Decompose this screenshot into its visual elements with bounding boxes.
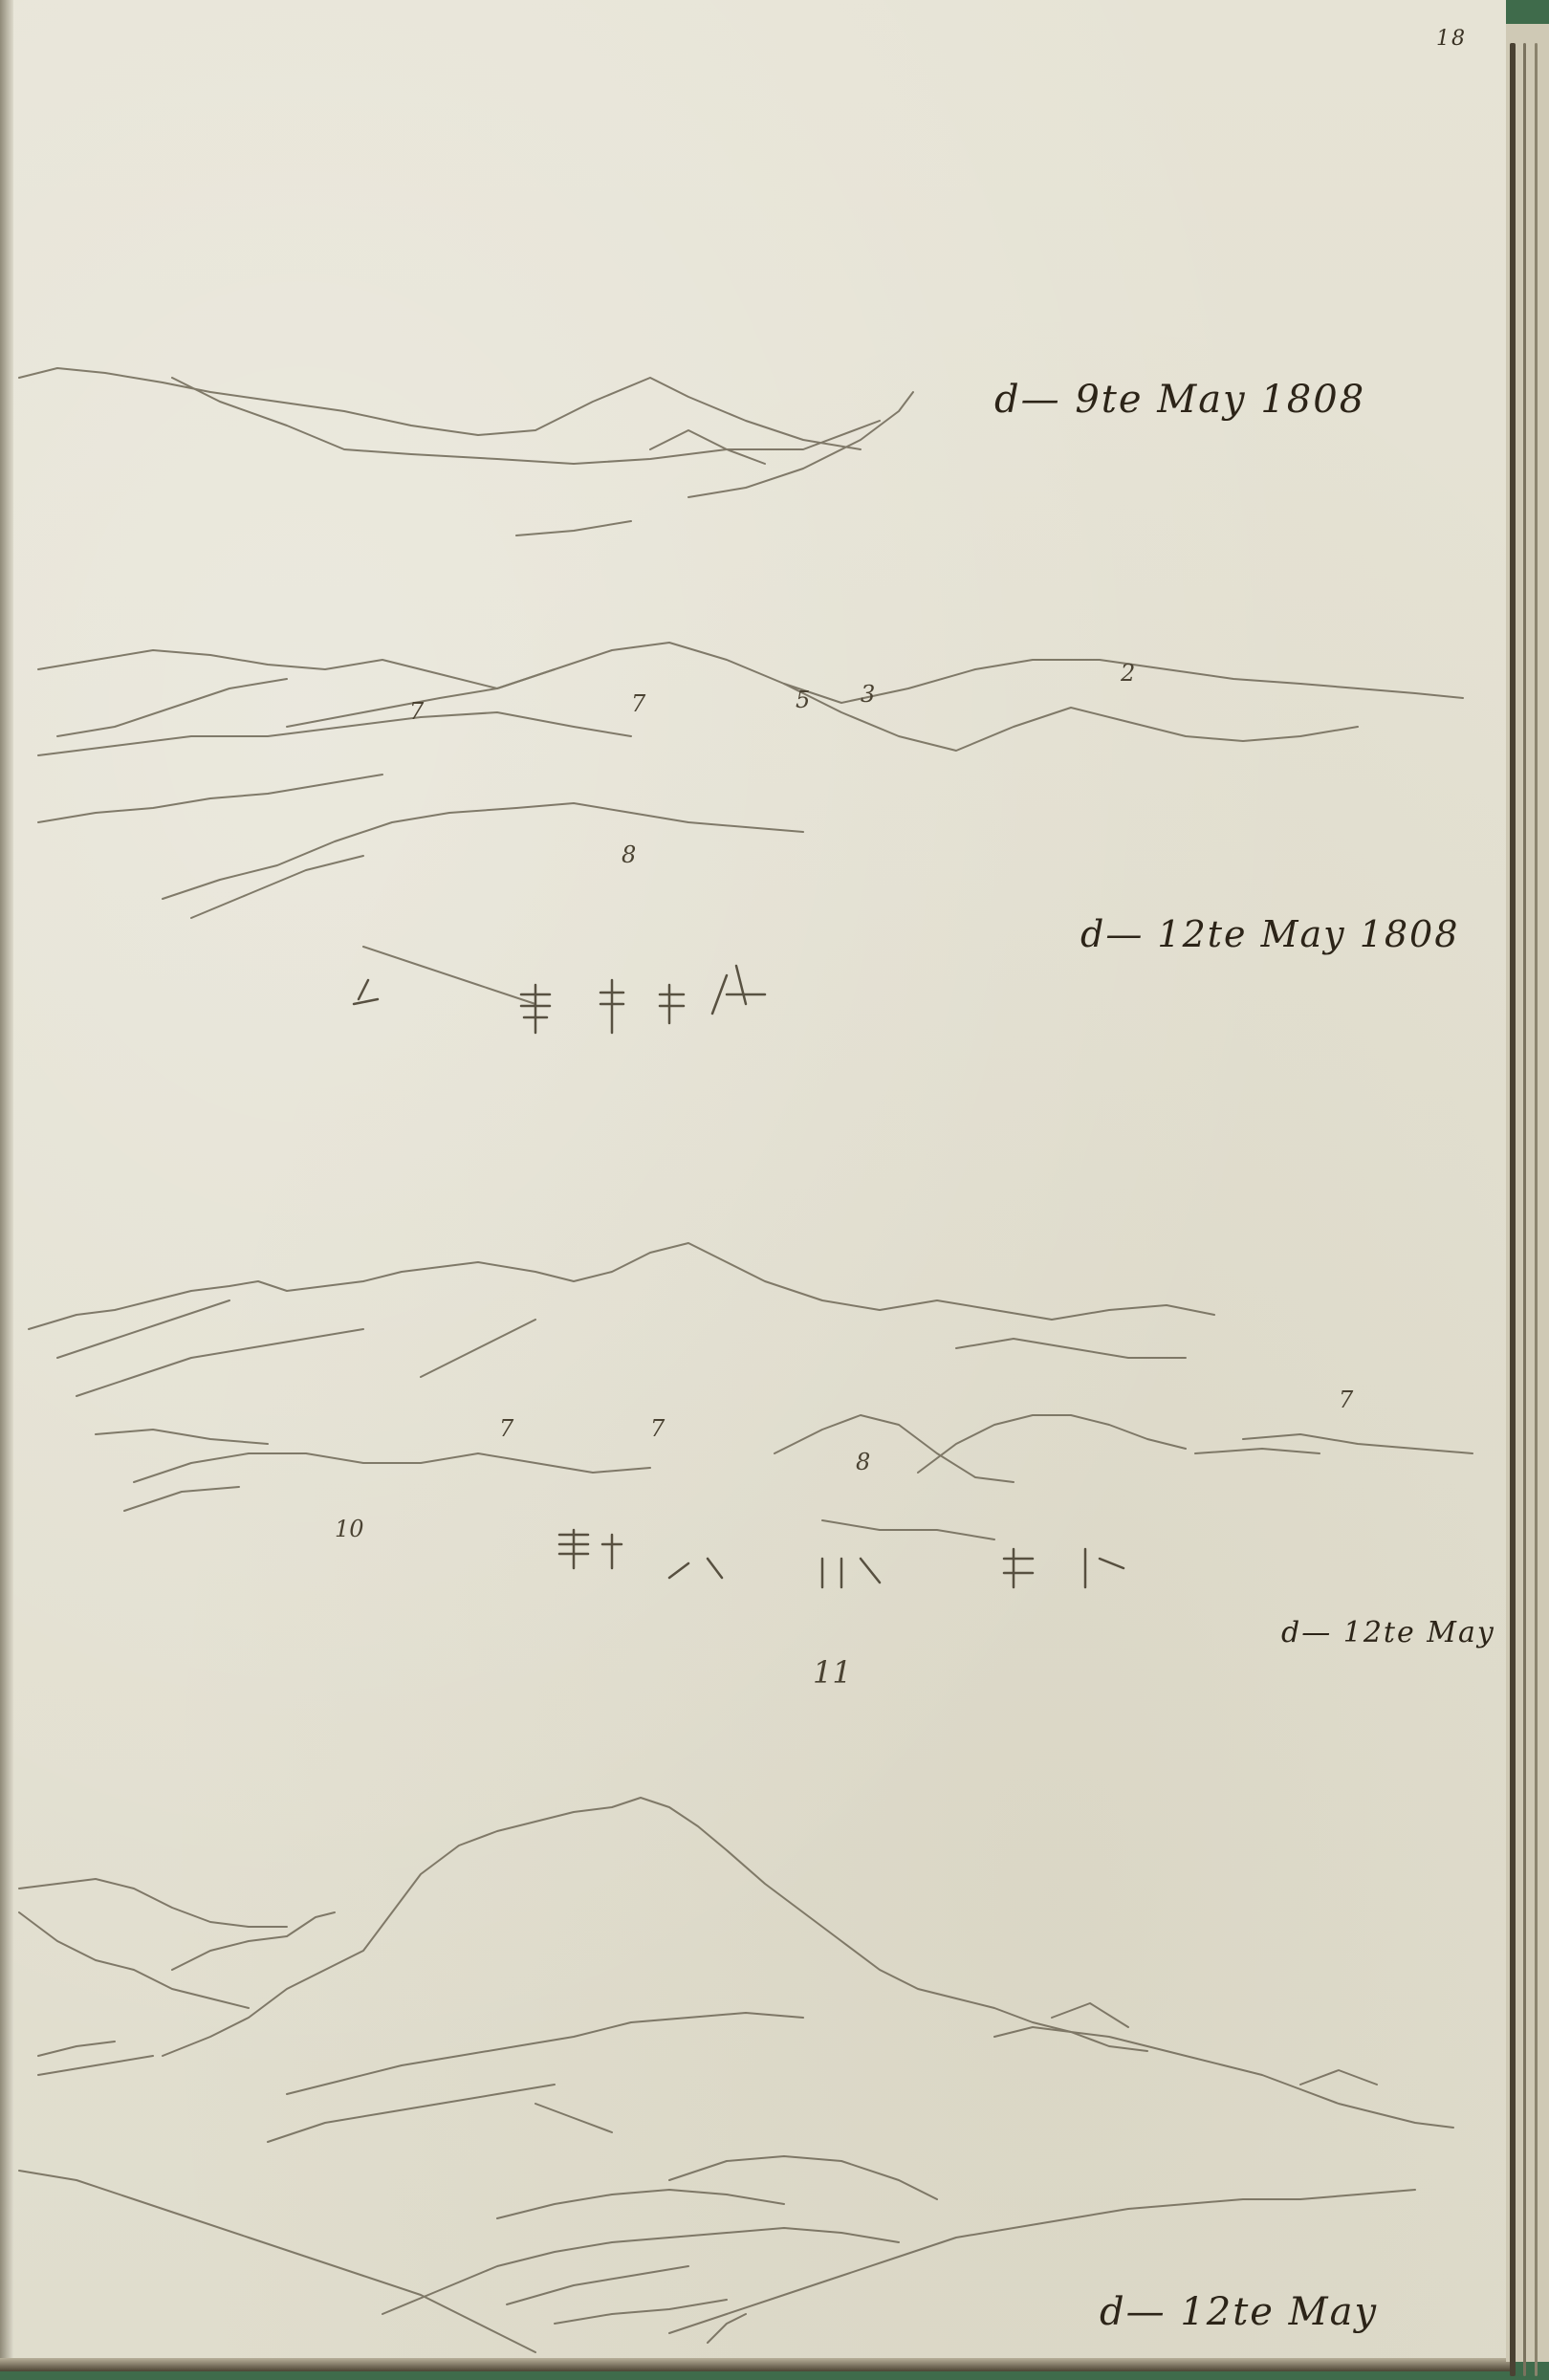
sketch-3-mountains: [29, 1243, 1473, 1539]
page-stack-edge: [1506, 24, 1549, 2362]
sketch-number: 7: [409, 698, 424, 725]
sketch-number: 2: [1121, 660, 1135, 687]
sketch-number: 7: [1339, 1387, 1353, 1413]
sketch-number: 7: [650, 1415, 665, 1442]
sketch-number: 5: [796, 687, 810, 713]
page-bottom-edge: [0, 2358, 1511, 2371]
sketch-number: 11: [813, 1654, 852, 1691]
sketch-number: 8: [622, 841, 636, 868]
date-note-1: d— 9te May 1808: [994, 378, 1365, 422]
sketchbook-page: 18 d— 9te May 1808 d— 12te May 1808 d— 1…: [0, 0, 1506, 2368]
sketch-number: 7: [499, 1415, 513, 1442]
page-number: 18: [1436, 27, 1467, 51]
sketch-1-mountains: [19, 368, 913, 535]
sketch-number: 8: [856, 1449, 870, 1475]
tree-sketches: [354, 966, 1124, 1587]
sketch-number: 10: [335, 1516, 364, 1542]
sketch-number: 3: [861, 681, 875, 708]
sketch-4-mountains: [19, 1798, 1453, 2352]
pencil-sketches: [0, 0, 1506, 2368]
page-edge-line: [1523, 43, 1526, 2376]
page-edge-line: [1510, 43, 1516, 2376]
sketch-number: 7: [631, 690, 645, 717]
date-note-3: d— 12te May: [1281, 1616, 1495, 1649]
date-note-2: d— 12te May 1808: [1080, 913, 1459, 955]
date-note-4: d— 12te May: [1100, 2290, 1378, 2334]
page-edge-line: [1535, 43, 1538, 2376]
